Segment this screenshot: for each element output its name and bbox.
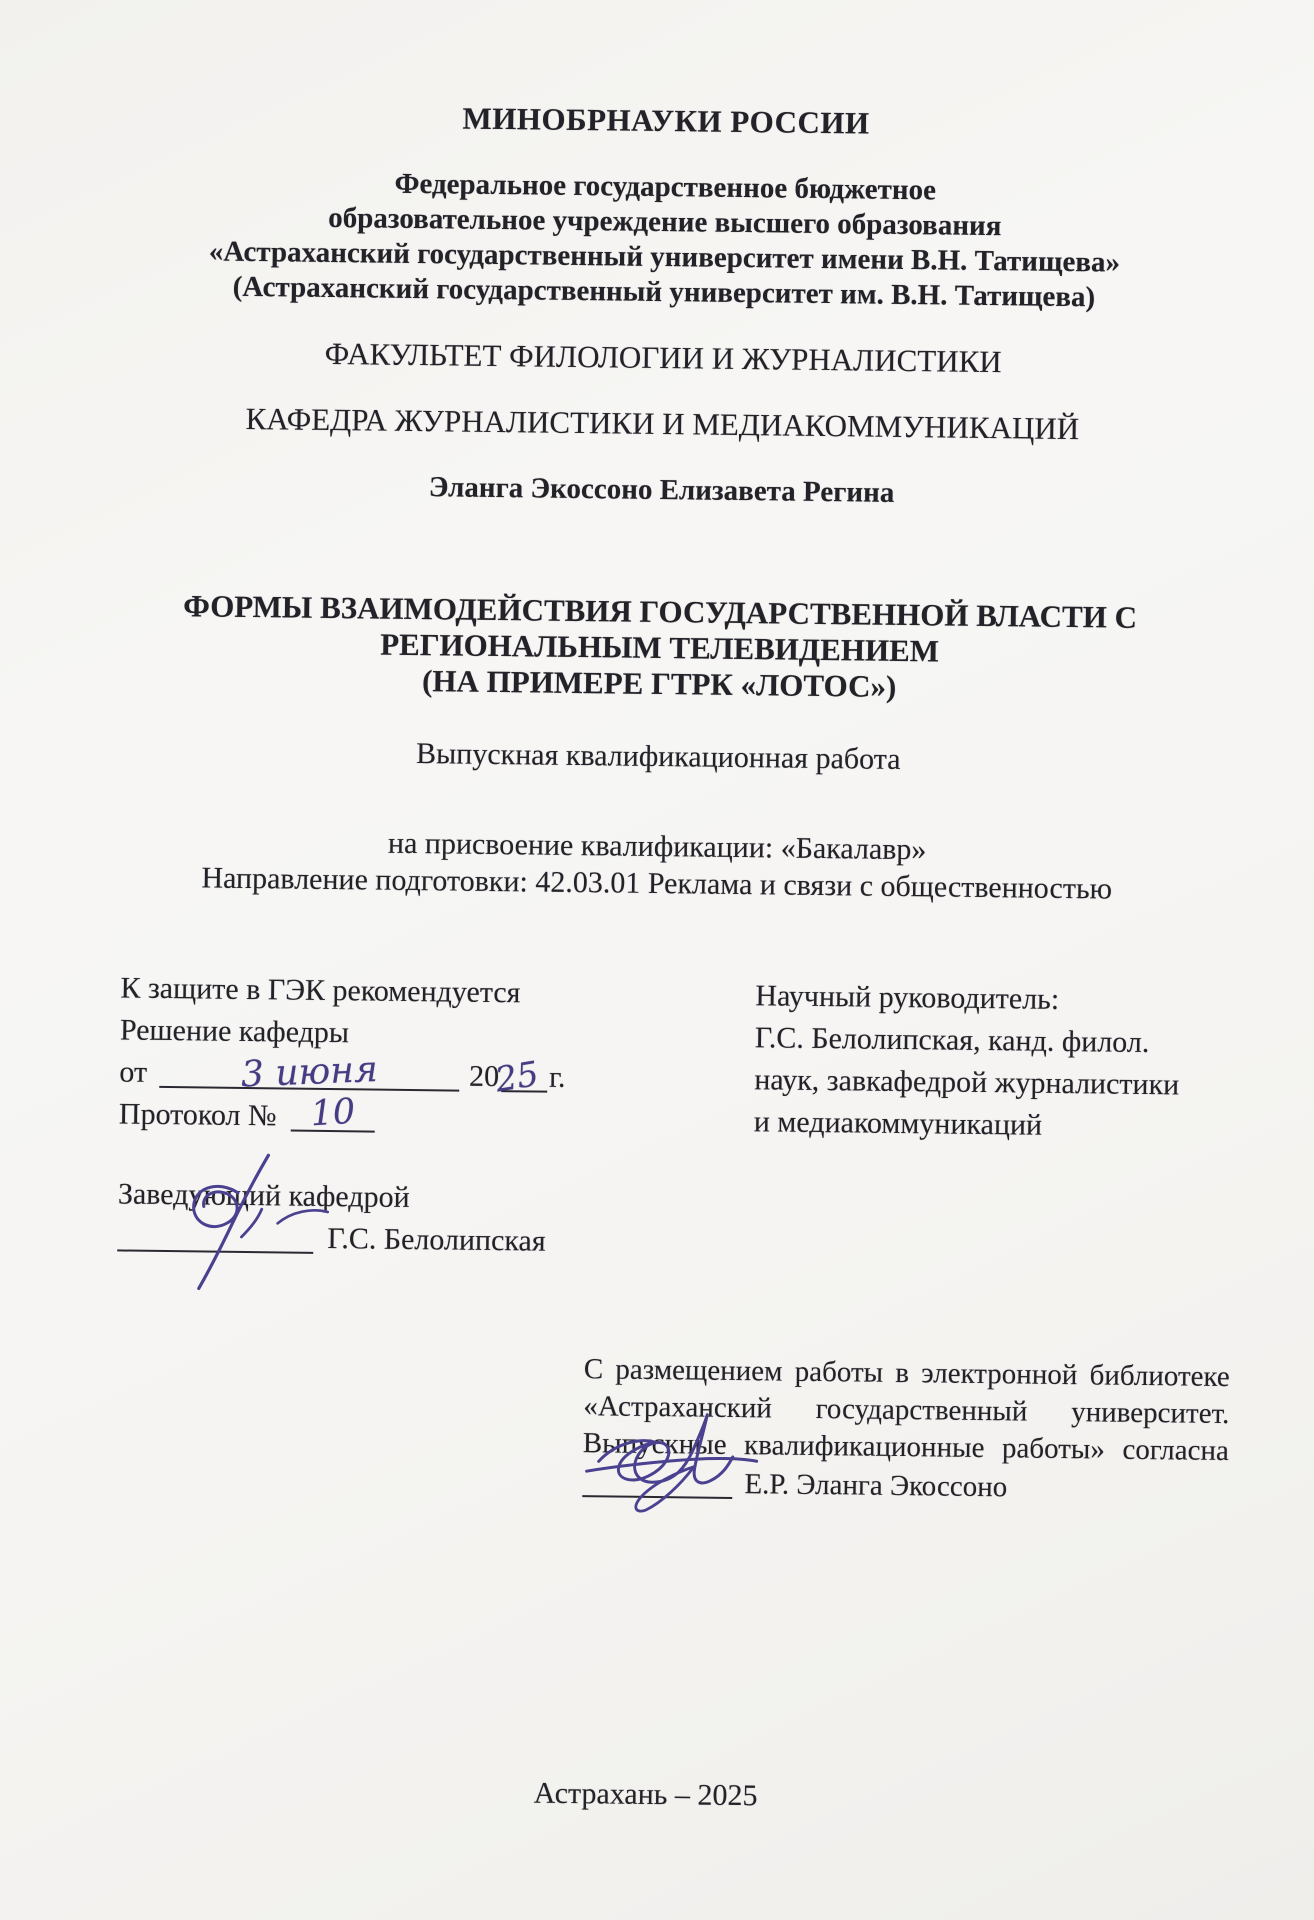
supervisor-label: Научный руководитель: <box>755 975 1235 1023</box>
department-head-signature-row: Г.С. Белолипская <box>117 1215 757 1265</box>
supervisor-line: Г.С. Белолипская, канд. филол. <box>755 1017 1235 1065</box>
consent-line: Выпускные квалификационные работы» согла… <box>583 1425 1229 1470</box>
city-year-footer: Астрахань – 2025 <box>0 1770 1303 1820</box>
consent-author-name: Е.Р. Эланга Экоссоно <box>744 1468 1007 1503</box>
year-suffix: г. <box>549 1061 566 1094</box>
qualification-block: на присвоение квалификации: «Бакалавр» Н… <box>0 820 1314 910</box>
head-signature-line <box>117 1219 313 1253</box>
faculty-heading: ФАКУЛЬТЕТ ФИЛОЛОГИИ И ЖУРНАЛИСТИКИ <box>6 332 1314 384</box>
date-prefix: от <box>119 1055 147 1088</box>
page-content: МИНОБРНАУКИ РОССИИ Федеральное государст… <box>0 0 1314 1920</box>
consent-signature-line <box>582 1465 732 1499</box>
supervisor-line: наук, завкафедрой журналистики <box>754 1059 1234 1107</box>
department-heading: КАФЕДРА ЖУРНАЛИСТИКИ И МЕДИАКОММУНИКАЦИЙ <box>5 398 1314 450</box>
handwritten-protocol-number: 10 <box>290 1090 376 1137</box>
protocol-row: Протокол №10 <box>119 1093 694 1142</box>
protocol-label: Протокол № <box>119 1097 277 1132</box>
consent-block: С размещением работы в электронной библи… <box>582 1351 1230 1509</box>
supervisor-block: Научный руководитель: Г.С. Белолипская, … <box>754 975 1236 1149</box>
department-head-name: Г.С. Белолипская <box>327 1222 546 1258</box>
approval-line-1: К защите в ГЭК рекомендуется <box>120 967 695 1016</box>
handwritten-year: 25 <box>492 1053 541 1101</box>
author-name: Эланга Экоссоно Елизавета Регина <box>4 466 1314 515</box>
year-blank-line: 25 <box>501 1060 547 1093</box>
date-blank-line: 3 июня <box>159 1056 459 1092</box>
ministry-heading: МИНОБРНАУКИ РОССИИ <box>9 95 1314 147</box>
protocol-blank-line: 10 <box>290 1100 374 1133</box>
approval-date-row: от3 июня2025г. <box>119 1051 694 1100</box>
scanned-thesis-title-page: МИНОБРНАУКИ РОССИИ Федеральное государст… <box>0 0 1314 1920</box>
handwritten-date: 3 июня <box>158 1046 459 1100</box>
work-type-label: Выпускная квалификационная работа <box>1 732 1314 782</box>
consent-signature-row: Е.Р. Эланга Экоссоно <box>582 1464 1228 1509</box>
approval-block: К защите в ГЭК рекомендуется Решение каф… <box>119 967 696 1142</box>
institution-block: Федеральное государственное бюджетное об… <box>7 162 1314 318</box>
thesis-title: ФОРМЫ ВЗАИМОДЕЙСТВИЯ ГОСУДАРСТВЕННОЙ ВЛА… <box>2 586 1314 710</box>
supervisor-line: и медиакоммуникаций <box>754 1101 1234 1149</box>
department-head-block: Заведующий кафедрой Г.С. Белолипская <box>117 1173 758 1265</box>
